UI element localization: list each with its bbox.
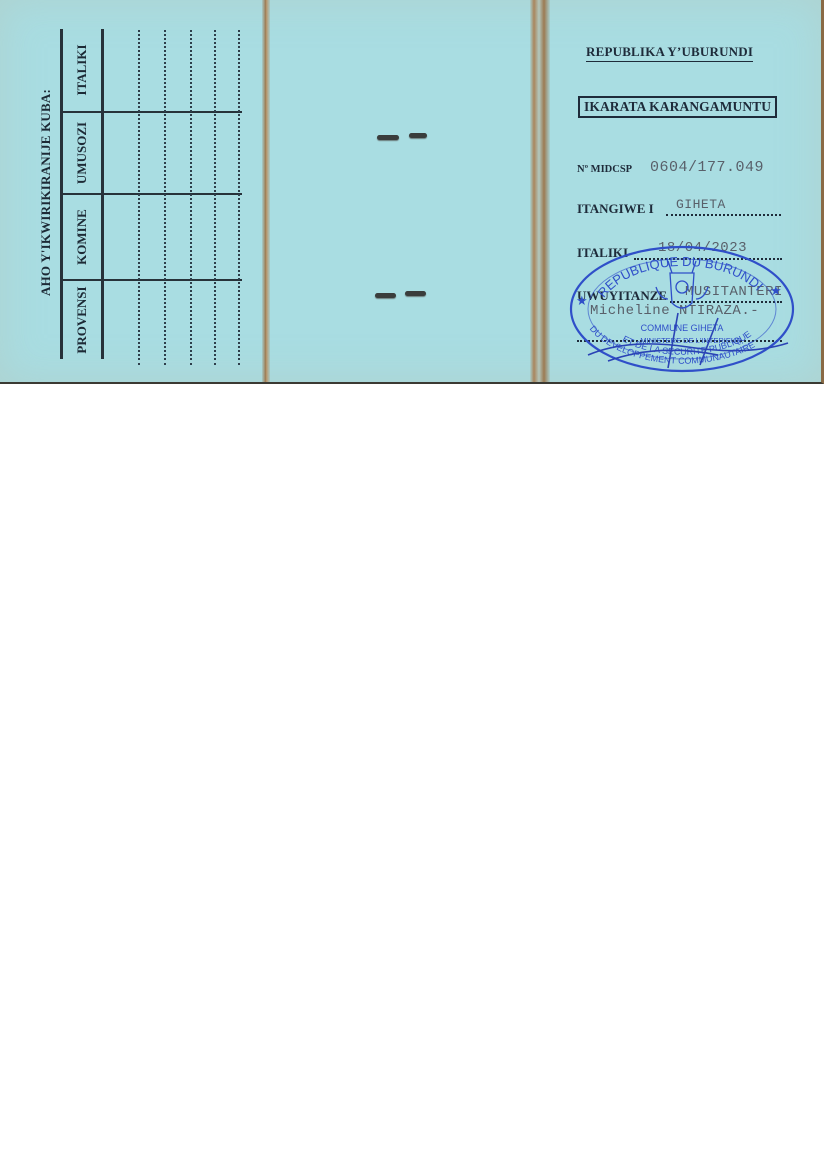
fold-crease — [262, 0, 270, 382]
issued-at-line — [666, 214, 781, 216]
column-header-provensi: PROVENSI — [63, 281, 101, 359]
entry-row — [214, 30, 216, 365]
residence-table-wrapper: AHO Y'IKWIRIKIRANIJE KUBA: PROVENSI KOMI… — [30, 20, 245, 365]
residence-table: AHO Y'IKWIRIKIRANIJE KUBA: PROVENSI KOMI… — [30, 20, 245, 365]
residence-panel: AHO Y'IKWIRIKIRANIJE KUBA: PROVENSI KOMI… — [0, 0, 262, 382]
number-value: 0604/177.049 — [650, 159, 764, 176]
official-stamp: REPUBLIQUE DU BURUNDI DU DEVELOPPEMENT C… — [568, 243, 796, 373]
staple-icon — [377, 135, 399, 140]
identity-card: AHO Y'IKWIRIKIRANIJE KUBA: PROVENSI KOMI… — [0, 0, 824, 384]
svg-text:★: ★ — [770, 283, 782, 298]
svg-text:COMMUNE GIHETA: COMMUNE GIHETA — [641, 323, 724, 333]
entry-row — [190, 30, 192, 365]
column-header-komine: KOMINE — [63, 195, 101, 279]
issued-at-value: GIHETA — [676, 197, 726, 212]
fold-crease — [530, 0, 550, 382]
center-panel — [270, 0, 528, 382]
residence-title: AHO Y'IKWIRIKIRANIJE KUBA: — [38, 20, 54, 365]
card-title: IKARATA KARANGAMUNTU — [578, 96, 777, 118]
entry-row — [238, 30, 240, 365]
staple-icon — [375, 293, 396, 298]
identity-panel: REPUBLIKA Y’UBURUNDI IKARATA KARANGAMUNT… — [550, 0, 821, 382]
svg-text:★: ★ — [576, 293, 588, 308]
country-title: REPUBLIKA Y’UBURUNDI — [586, 44, 753, 62]
issued-at-label: ITANGIWE I — [577, 201, 654, 217]
staple-icon — [409, 133, 427, 138]
entry-row — [138, 30, 140, 365]
entry-row — [164, 30, 166, 365]
column-header-italiki: ITALIKI — [63, 29, 101, 111]
staple-icon — [405, 291, 426, 296]
stamp-seal-icon: REPUBLIQUE DU BURUNDI DU DEVELOPPEMENT C… — [568, 243, 796, 373]
number-label: Nº MIDCSP — [577, 164, 632, 175]
column-header-umusozi: UMUSOZI — [63, 113, 101, 193]
